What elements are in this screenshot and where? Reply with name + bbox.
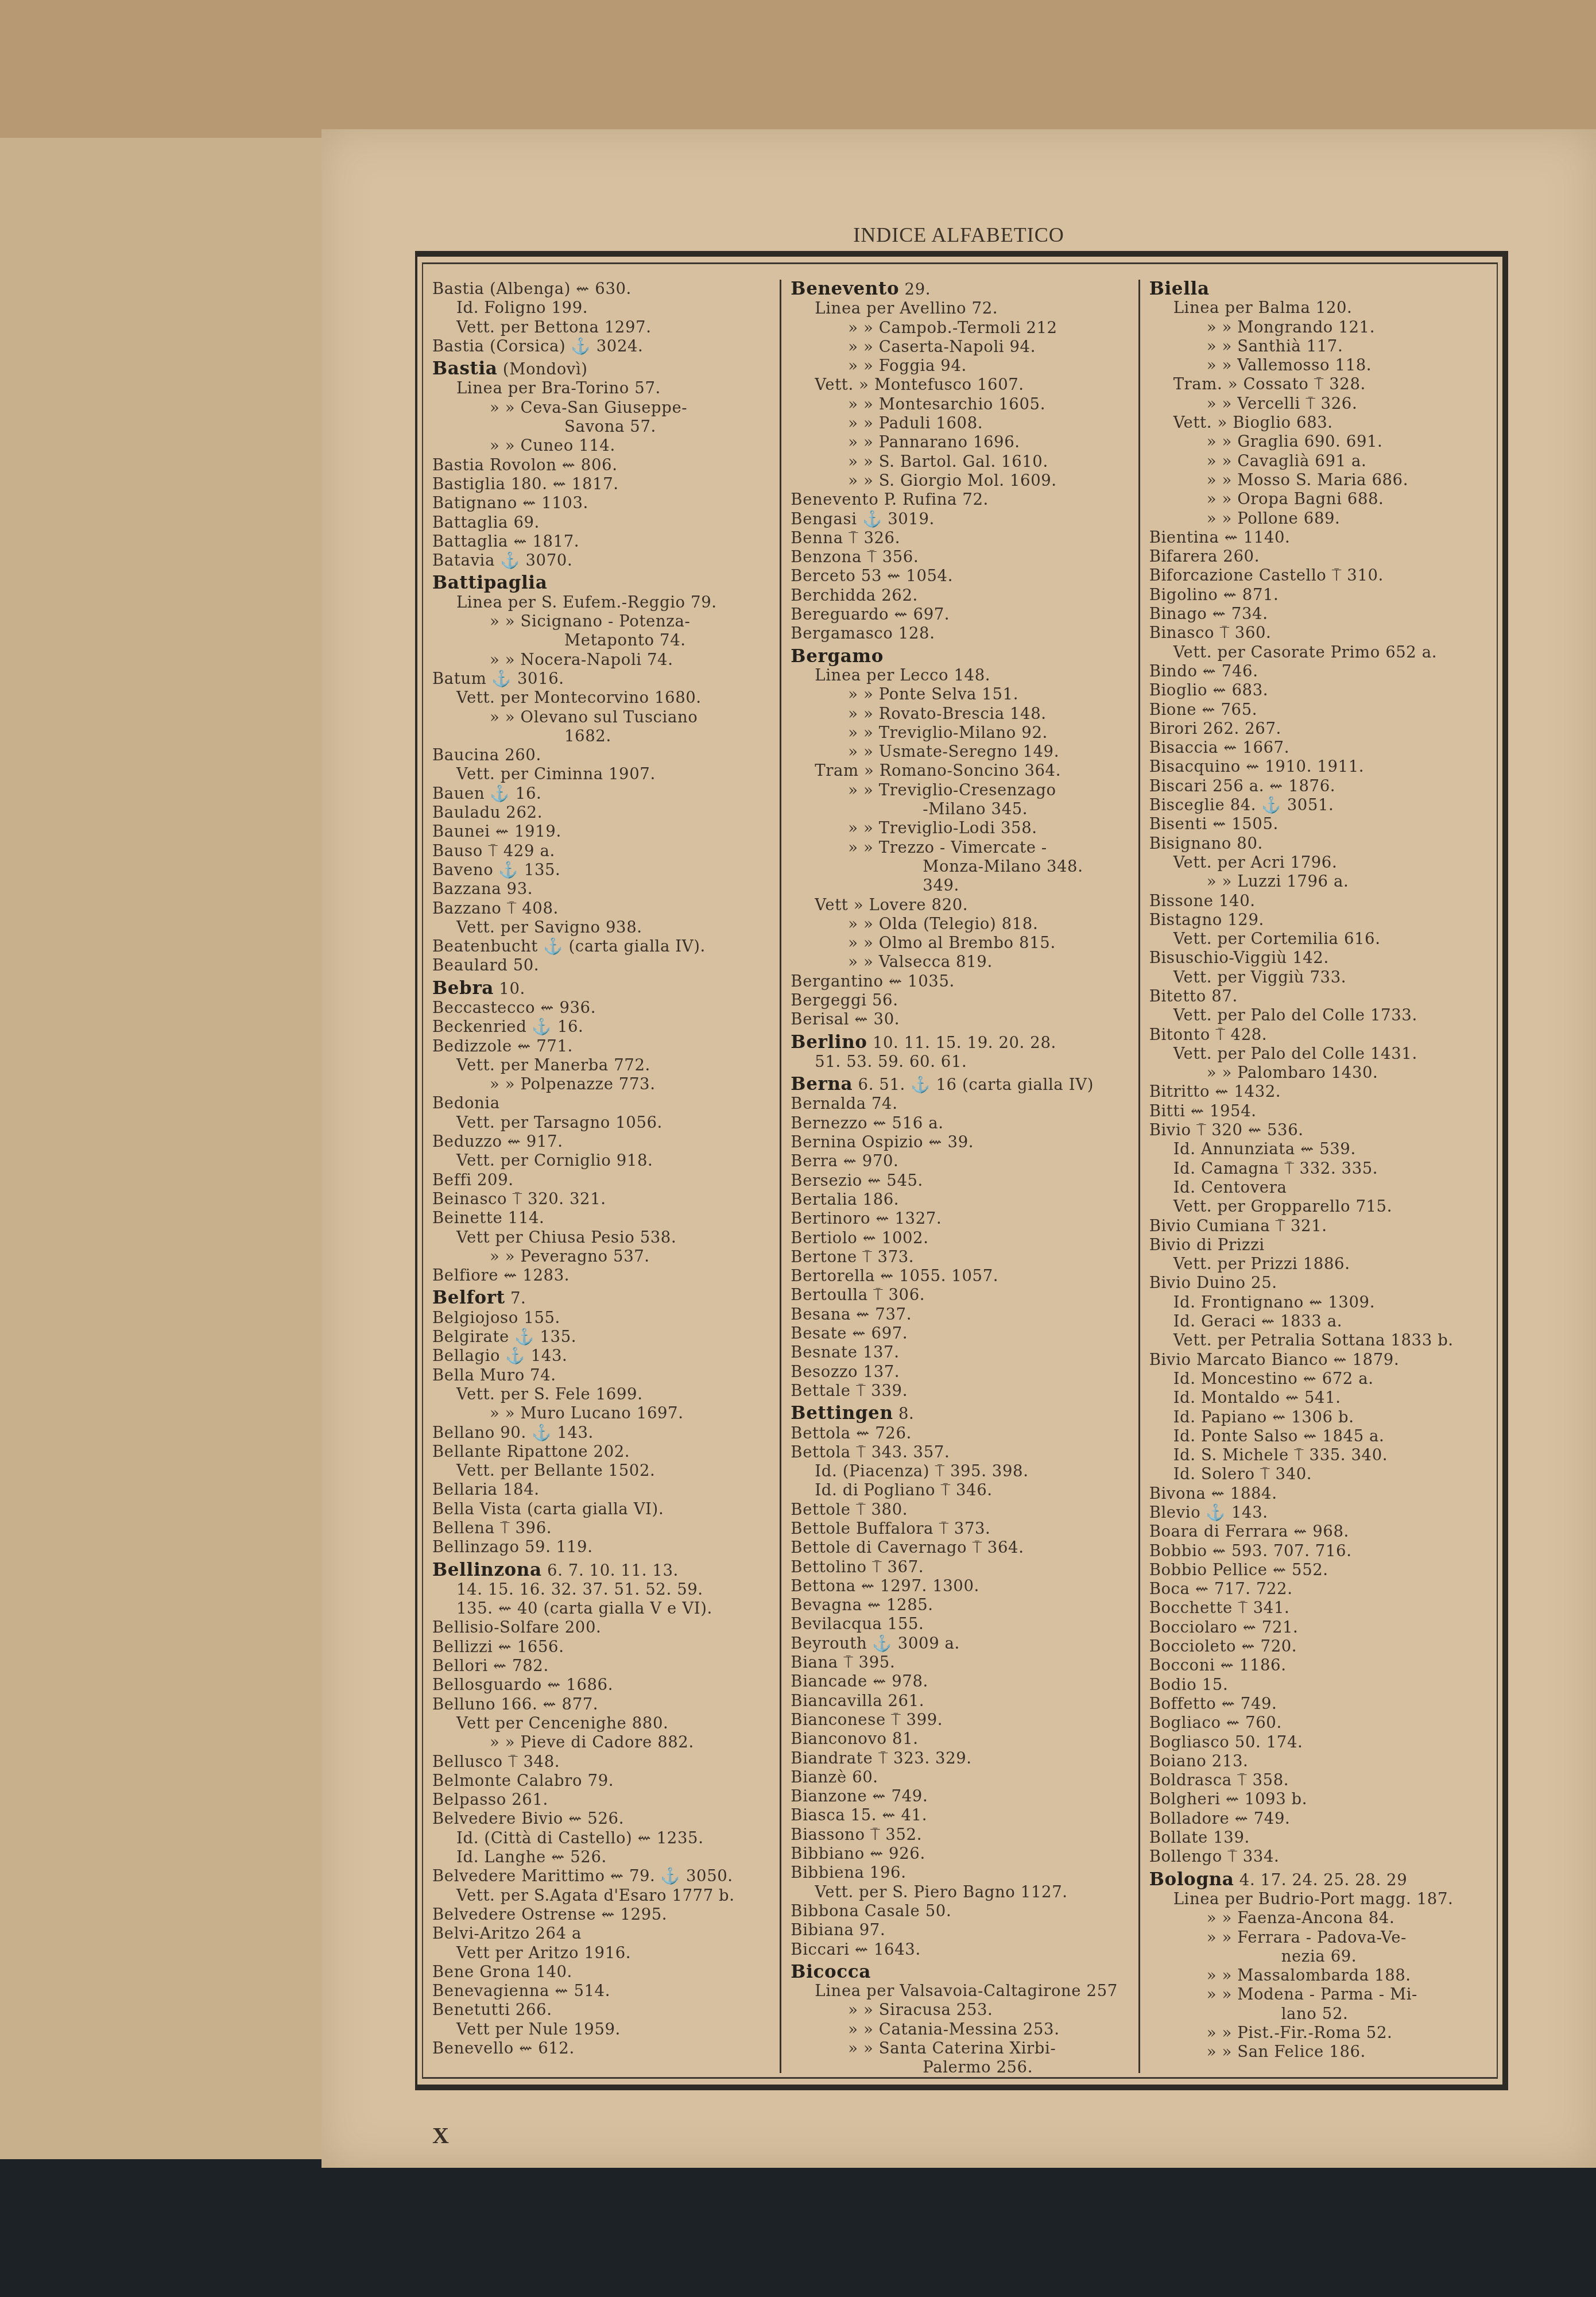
index-entry: Boccioleto ⇜ 720.: [1149, 1637, 1489, 1656]
index-entry: » » Treviglio-Cresenzago: [791, 781, 1130, 800]
index-entry: Bella Muro 74.: [432, 1366, 772, 1385]
entry-text: Bodio 15.: [1149, 1676, 1229, 1694]
index-entry: Bettola ⍑ 343. 357.: [791, 1443, 1130, 1462]
index-entry: Bitritto ⇜ 1432.: [1149, 1082, 1489, 1101]
entry-text: » » Sicignano - Potenza-: [490, 612, 690, 631]
index-entry: Linea per Bra-Torino 57.: [432, 379, 772, 398]
entry-text: » » Pieve di Cadore 882.: [490, 1733, 694, 1751]
entry-text: Belfiore ⇜ 1283.: [432, 1266, 570, 1285]
entry-text: Vett per Chiusa Pesio 538.: [456, 1228, 676, 1247]
index-entry: Vett. per Corniglio 918.: [432, 1151, 772, 1170]
entry-text: Bernalda 74.: [791, 1095, 897, 1113]
index-entry: Bellori ⇜ 782.: [432, 1657, 772, 1676]
entry-text: 349.: [923, 876, 959, 895]
entry-text: Vett. per Savigno 938.: [456, 918, 642, 937]
entry-text: Bebra: [432, 978, 494, 999]
index-entry: 349.: [791, 876, 1130, 895]
entry-text: Beckenried ⚓ 16.: [432, 1018, 583, 1036]
index-entry: Beduzzo ⇜ 917.: [432, 1132, 772, 1151]
index-page: INDICE ALFABETICO Bastia (Albenga) ⇜ 630…: [321, 129, 1596, 2168]
entry-text: Binago ⇜ 734.: [1149, 605, 1268, 623]
index-entry: » » Trezzo - Vimercate -: [791, 838, 1130, 857]
index-entry: Blevio ⚓ 143.: [1149, 1503, 1489, 1522]
index-entry: Bitetto 87.: [1149, 987, 1489, 1006]
entry-pages: 8.: [893, 1405, 915, 1423]
index-entry: Bitonto ⍑ 428.: [1149, 1026, 1489, 1045]
index-entry: Id. S. Michele ⍑ 335. 340.: [1149, 1446, 1489, 1465]
index-entry: » » S. Bartol. Gal. 1610.: [791, 453, 1130, 471]
entry-text: Blevio ⚓ 143.: [1149, 1503, 1268, 1522]
index-entry: Binago ⇜ 734.: [1149, 605, 1489, 624]
index-heading: Berlino 10. 11. 15. 19. 20. 28.: [791, 1033, 1130, 1053]
entry-text: Bocchette ⍑ 341.: [1149, 1599, 1290, 1617]
index-entry: Vett » Lovere 820.: [791, 896, 1130, 915]
index-entry: » » Ceva-San Giuseppe-: [432, 399, 772, 417]
index-entry: Bivio ⍑ 320 ⇜ 536.: [1149, 1121, 1489, 1140]
index-entry: » » Polpenazze 773.: [432, 1075, 772, 1094]
entry-text: Bellinzona: [432, 1560, 542, 1580]
index-entry: » » Caserta-Napoli 94.: [791, 338, 1130, 357]
entry-text: Boiano 213.: [1149, 1752, 1249, 1770]
entry-text: Batum ⚓ 3016.: [432, 670, 564, 688]
index-entry: Beinette 114.: [432, 1209, 772, 1228]
entry-text: Bettola ⍑ 343. 357.: [791, 1443, 950, 1461]
index-entry: Linea per Budrio-Port magg. 187.: [1149, 1890, 1489, 1909]
entry-text: Id. Frontignano ⇜ 1309.: [1173, 1293, 1375, 1312]
entry-text: Vett. per Cortemilia 616.: [1173, 930, 1381, 948]
entry-text: Belvi-Aritzo 264 a: [432, 1924, 582, 1943]
index-entry: Bengasi ⚓ 3019.: [791, 510, 1130, 529]
index-entry: Baucina 260.: [432, 746, 772, 765]
entry-text: Bellagio ⚓ 143.: [432, 1347, 567, 1365]
index-entry: Baveno ⚓ 135.: [432, 861, 772, 880]
entry-text: Bettole Buffalora ⍑ 373.: [791, 1519, 990, 1538]
index-entry: Berra ⇜ 970.: [791, 1152, 1130, 1171]
entry-text: Bellosguardo ⇜ 1686.: [432, 1676, 613, 1694]
index-entry: Id. Ponte Salso ⇜ 1845 a.: [1149, 1427, 1489, 1446]
entry-text: Battipaglia: [432, 573, 547, 593]
entry-text: Beccastecco ⇜ 936.: [432, 999, 596, 1017]
entry-text: Belgirate ⚓ 135.: [432, 1328, 576, 1346]
index-entry: Biforcazione Castello ⍑ 310.: [1149, 566, 1489, 585]
entry-text: Vett. per Corniglio 918.: [456, 1151, 653, 1170]
page-number: X: [432, 2122, 449, 2149]
entry-text: Id. Moncestino ⇜ 672 a.: [1173, 1370, 1374, 1388]
index-frame: Bastia (Albenga) ⇜ 630.Id. Foligno 199.V…: [415, 251, 1508, 2090]
entry-text: Bella Muro 74.: [432, 1366, 556, 1385]
index-entry: Vett. per Ciminna 1907.: [432, 765, 772, 784]
index-entry: 1682.: [432, 727, 772, 746]
entry-text: Baveno ⚓ 135.: [432, 861, 560, 879]
index-entry: » » Vallemosso 118.: [1149, 356, 1489, 375]
entry-text: Bisuschio-Viggiù 142.: [1149, 949, 1329, 967]
entry-text: Bertorella ⇜ 1055. 1057.: [791, 1267, 998, 1285]
index-entry: Bigolino ⇜ 871.: [1149, 586, 1489, 605]
index-entry: Belvedere Marittimo ⇜ 79. ⚓ 3050.: [432, 1867, 772, 1886]
entry-text: » » Rovato-Brescia 148.: [848, 705, 1046, 723]
entry-text: Bibbiena 196.: [791, 1863, 906, 1882]
index-entry: Palermo 256.: [791, 2058, 1130, 2077]
entry-text: » » S. Giorgio Mol. 1609.: [848, 471, 1056, 490]
index-entry: » » Olmo al Brembo 815.: [791, 934, 1130, 953]
index-entry: Beinasco ⍑ 320. 321.: [432, 1190, 772, 1209]
entry-text: » » Foggia 94.: [848, 357, 967, 375]
entry-text: Vett per Aritzo 1916.: [456, 1944, 631, 1962]
index-entry: Bogliasco 50. 174.: [1149, 1733, 1489, 1752]
index-entry: » » San Felice 186.: [1149, 2043, 1489, 2062]
entry-text: Vett. per S. Piero Bagno 1127.: [815, 1883, 1067, 1901]
index-entry: Beffi 209.: [432, 1171, 772, 1190]
index-entry: Besozzo 137.: [791, 1363, 1130, 1382]
index-heading: Bastia (Mondovì): [432, 359, 772, 379]
entry-text: 14. 15. 16. 32. 37. 51. 52. 59.: [456, 1580, 703, 1599]
entry-text: Beinette 114.: [432, 1209, 544, 1227]
index-entry: » » Vercelli ⍑ 326.: [1149, 395, 1489, 413]
scan-background-top: [0, 0, 1596, 138]
entry-text: Bauen ⚓ 16.: [432, 784, 541, 803]
index-entry: Id. (Piacenza) ⍑ 395. 398.: [791, 1462, 1130, 1481]
entry-text: Bogliaco ⇜ 760.: [1149, 1714, 1282, 1732]
index-entry: Bettolino ⍑ 367.: [791, 1558, 1130, 1577]
entry-text: Bifarera 260.: [1149, 547, 1260, 566]
entry-text: » » Cavaglià 691 a.: [1207, 452, 1367, 470]
entry-text: Batavia ⚓ 3070.: [432, 551, 572, 570]
index-entry: Beckenried ⚓ 16.: [432, 1018, 772, 1037]
index-entry: Vett. per Montecorvino 1680.: [432, 689, 772, 707]
entry-text: Vett. per Gropparello 715.: [1173, 1197, 1392, 1216]
index-entry: Metaponto 74.: [432, 631, 772, 650]
index-entry: Vett. per Casorate Primo 652 a.: [1149, 643, 1489, 662]
index-entry: » » Paduli 1608.: [791, 414, 1130, 433]
index-entry: Berchidda 262.: [791, 586, 1130, 605]
index-entry: » » Graglia 690. 691.: [1149, 432, 1489, 451]
entry-text: Bivio Marcato Bianco ⇜ 1879.: [1149, 1351, 1400, 1369]
index-entry: Biasca 15. ⇜ 41.: [791, 1806, 1130, 1825]
index-entry: » » Pieve di Cadore 882.: [432, 1733, 772, 1752]
index-entry: Linea per Valsavoia-Caltagirone 257: [791, 1982, 1130, 2001]
entry-text: Biella: [1149, 279, 1210, 299]
index-entry: Bertone ⍑ 373.: [791, 1248, 1130, 1267]
index-entry: Bellisio-Solfare 200.: [432, 1618, 772, 1637]
entry-text: Id. (Città di Castello) ⇜ 1235.: [456, 1829, 704, 1847]
entry-text: » » Vercelli ⍑ 326.: [1207, 395, 1358, 413]
entry-text: » » S. Bartol. Gal. 1610.: [848, 453, 1048, 471]
index-entry: Id. Geraci ⇜ 1833 a.: [1149, 1312, 1489, 1331]
entry-text: Berchidda 262.: [791, 586, 918, 605]
index-entry: Belgiojoso 155.: [432, 1309, 772, 1328]
entry-text: 51. 53. 59. 60. 61.: [815, 1053, 967, 1071]
index-entry: Bocchette ⍑ 341.: [1149, 1599, 1489, 1618]
entry-text: Battaglia 69.: [432, 513, 540, 532]
index-entry: » » Massalombarda 188.: [1149, 1966, 1489, 1985]
index-heading: Bebra 10.: [432, 979, 772, 999]
index-entry: » » Peveragno 537.: [432, 1247, 772, 1266]
index-entry: Id. Papiano ⇜ 1306 b.: [1149, 1408, 1489, 1427]
entry-text: » » San Felice 186.: [1207, 2043, 1366, 2061]
index-entry: Biandrate ⍑ 323. 329.: [791, 1749, 1130, 1768]
entry-text: Bellena ⍑ 396.: [432, 1519, 552, 1537]
index-entry: Belvi-Aritzo 264 a: [432, 1924, 772, 1943]
entry-text: Beffi 209.: [432, 1171, 514, 1189]
entry-text: Bergamo: [791, 646, 884, 667]
index-entry: Boca ⇜ 717. 722.: [1149, 1580, 1489, 1599]
entry-text: Bivio Duino 25.: [1149, 1274, 1277, 1292]
index-entry: Bettola ⇜ 726.: [791, 1424, 1130, 1443]
entry-text: Bitti ⇜ 1954.: [1149, 1102, 1257, 1120]
entry-text: Bellisio-Solfare 200.: [432, 1618, 601, 1637]
entry-text: Bellinzago 59. 119.: [432, 1538, 592, 1556]
index-heading: Bergamo: [791, 647, 1130, 666]
entry-text: Bereguardo ⇜ 697.: [791, 605, 950, 624]
entry-text: Bettale ⍑ 339.: [791, 1382, 908, 1400]
entry-text: Bergantino ⇜ 1035.: [791, 972, 955, 991]
entry-text: Bergamasco 128.: [791, 624, 935, 643]
entry-text: Benna ⍑ 326.: [791, 529, 900, 547]
page-title: INDICE ALFABETICO: [321, 223, 1596, 247]
entry-text: » » Massalombarda 188.: [1207, 1966, 1411, 1985]
index-entry: Bibiana 97.: [791, 1921, 1130, 1940]
entry-text: Bologna: [1149, 1869, 1234, 1890]
index-entry: Bissone 140.: [1149, 892, 1489, 911]
index-entry: Bevagna ⇜ 1285.: [791, 1596, 1130, 1615]
index-entry: Monza-Milano 348.: [791, 857, 1130, 876]
entry-text: Bisenti ⇜ 1505.: [1149, 815, 1279, 833]
entry-text: Binasco ⍑ 360.: [1149, 624, 1272, 642]
entry-text: » » Oropa Bagni 688.: [1207, 490, 1384, 508]
entry-text: Id. Solero ⍑ 340.: [1173, 1465, 1312, 1483]
entry-text: Bibbiano ⇜ 926.: [791, 1844, 925, 1863]
entry-text: Bertoulla ⍑ 306.: [791, 1286, 925, 1304]
index-entry: Beaulard 50.: [432, 956, 772, 975]
entry-text: Bastiglia 180. ⇜ 1817.: [432, 475, 619, 493]
entry-text: Linea per Avellino 72.: [815, 299, 998, 318]
entry-text: Bevilacqua 155.: [791, 1615, 924, 1633]
index-entry: » » Ponte Selva 151.: [791, 685, 1130, 704]
entry-text: Id. Camagna ⍑ 332. 335.: [1173, 1159, 1378, 1178]
index-entry: » » Foggia 94.: [791, 357, 1130, 376]
index-entry: Bellusco ⍑ 348.: [432, 1753, 772, 1772]
index-entry: Bazzano ⍑ 408.: [432, 899, 772, 918]
index-entry: Boara di Ferrara ⇜ 968.: [1149, 1522, 1489, 1541]
index-column-2: Benevento 29.Linea per Avellino 72.» » C…: [780, 280, 1138, 2073]
entry-text: Palermo 256.: [923, 2058, 1033, 2076]
index-entry: Bellosguardo ⇜ 1686.: [432, 1676, 772, 1695]
index-entry: Vett. per Palo del Colle 1431.: [1149, 1045, 1489, 1064]
entry-text: Savona 57.: [564, 417, 656, 436]
entry-text: » » Campob.-Termoli 212: [848, 319, 1057, 337]
entry-text: Bivio di Prizzi: [1149, 1236, 1265, 1254]
entry-text: Biasca 15. ⇜ 41.: [791, 1806, 927, 1824]
index-entry: » » Cuneo 114.: [432, 436, 772, 455]
index-entry: Belmonte Calabro 79.: [432, 1772, 772, 1791]
entry-text: Bientina ⇜ 1140.: [1149, 528, 1291, 547]
entry-text: Bazzana 93.: [432, 880, 533, 898]
entry-text: » » Olmo al Brembo 815.: [848, 934, 1055, 952]
index-entry: Benevello ⇜ 612.: [432, 2039, 772, 2058]
entry-text: Bevagna ⇜ 1285.: [791, 1596, 933, 1614]
entry-text: Bastia (Albenga) ⇜ 630.: [432, 280, 632, 298]
index-entry: Bianzone ⇜ 749.: [791, 1787, 1130, 1806]
index-entry: Bisignano 80.: [1149, 834, 1489, 853]
entry-text: » » Pist.-Fir.-Roma 52.: [1207, 2024, 1393, 2042]
entry-text: Benevento: [791, 279, 899, 299]
index-entry: Bevilacqua 155.: [791, 1615, 1130, 1634]
entry-text: Beaulard 50.: [432, 956, 539, 975]
entry-text: Vett » Lovere 820.: [815, 896, 968, 914]
entry-text: Bellusco ⍑ 348.: [432, 1753, 560, 1771]
index-entry: » » Pollone 689.: [1149, 509, 1489, 528]
index-entry: Bettole ⍑ 380.: [791, 1501, 1130, 1519]
index-entry: Benevagienna ⇜ 514.: [432, 1982, 772, 2001]
index-entry: » » Ferrara - Padova-Ve-: [1149, 1928, 1489, 1947]
entry-text: Id. di Pogliano ⍑ 346.: [815, 1481, 992, 1499]
index-entry: Id. Foligno 199.: [432, 299, 772, 318]
index-entry: » » Santa Caterina Xirbi-: [791, 2039, 1130, 2058]
entry-text: Biassono ⍑ 352.: [791, 1826, 922, 1844]
entry-text: Bianzone ⇜ 749.: [791, 1787, 928, 1805]
index-entry: Bertoulla ⍑ 306.: [791, 1286, 1130, 1305]
entry-text: Bitonto ⍑ 428.: [1149, 1026, 1268, 1044]
index-entry: Bifarera 260.: [1149, 547, 1489, 566]
index-entry: Bene Grona 140.: [432, 1963, 772, 1982]
index-entry: » » Faenza-Ancona 84.: [1149, 1909, 1489, 1928]
index-column-1: Bastia (Albenga) ⇜ 630.Id. Foligno 199.V…: [430, 280, 780, 2073]
index-entry: » » Valsecca 819.: [791, 953, 1130, 972]
index-entry: Vett. per Viggiù 733.: [1149, 968, 1489, 987]
index-entry: Bauso ⍑ 429 a.: [432, 842, 772, 861]
entry-text: Benevello ⇜ 612.: [432, 2039, 575, 2058]
index-entry: Bellinzago 59. 119.: [432, 1538, 772, 1557]
index-heading: Benevento 29.: [791, 280, 1130, 299]
index-entry: » » Montesarchio 1605.: [791, 395, 1130, 414]
entry-text: Bergeggi 56.: [791, 991, 898, 1010]
entry-text: Biana ⍑ 395.: [791, 1653, 895, 1672]
entry-text: Birori 262. 267.: [1149, 720, 1281, 738]
index-entry: Bergantino ⇜ 1035.: [791, 972, 1130, 991]
index-entry: » » Pist.-Fir.-Roma 52.: [1149, 2024, 1489, 2043]
entry-text: Bobbio Pellice ⇜ 552.: [1149, 1561, 1328, 1579]
entry-text: Tram. » Cossato ⍑ 328.: [1173, 375, 1366, 393]
index-entry: Biassono ⍑ 352.: [791, 1826, 1130, 1844]
index-entry: Bastiglia 180. ⇜ 1817.: [432, 475, 772, 494]
index-entry: Vett. per Savigno 938.: [432, 918, 772, 937]
index-entry: » » Rovato-Brescia 148.: [791, 705, 1130, 724]
entry-text: Linea per Lecco 148.: [815, 666, 990, 685]
entry-pages: 4. 17. 24. 25. 28. 29: [1234, 1871, 1408, 1889]
index-entry: lano 52.: [1149, 2005, 1489, 2024]
index-entry: Biccari ⇜ 1643.: [791, 1940, 1130, 1959]
entry-text: Berlino: [791, 1032, 867, 1053]
entry-text: Bitritto ⇜ 1432.: [1149, 1082, 1281, 1101]
index-entry: Bettole Buffalora ⍑ 373.: [791, 1519, 1130, 1538]
entry-text: » » Paduli 1608.: [848, 414, 983, 432]
index-entry: Id. Camagna ⍑ 332. 335.: [1149, 1159, 1489, 1178]
entry-text: Bolladore ⇜ 749.: [1149, 1809, 1291, 1828]
index-entry: » » Muro Lucano 1697.: [432, 1404, 772, 1423]
index-heading: Biella: [1149, 280, 1489, 299]
index-entry: Vett. per Tarsagno 1056.: [432, 1113, 772, 1132]
entry-text: Bellante Ripattone 202.: [432, 1443, 630, 1461]
entry-text: Berna: [791, 1074, 853, 1095]
index-entry: Besana ⇜ 737.: [791, 1305, 1130, 1324]
index-entry: Bobbio ⇜ 593. 707. 716.: [1149, 1542, 1489, 1561]
index-entry: Vett. per Prizzi 1886.: [1149, 1255, 1489, 1274]
entry-text: Bertone ⍑ 373.: [791, 1248, 914, 1266]
entry-text: Bianconovo 81.: [791, 1730, 918, 1748]
entry-text: Linea per Valsavoia-Caltagirone 257: [815, 1982, 1118, 2000]
entry-pages: 10.: [494, 980, 525, 998]
entry-text: Bianzè 60.: [791, 1768, 878, 1786]
entry-text: Bastia: [432, 358, 498, 379]
index-entry: Bellaria 184.: [432, 1480, 772, 1499]
entry-text: Bellano 90. ⚓ 143.: [432, 1424, 594, 1442]
entry-text: » » Muro Lucano 1697.: [490, 1404, 684, 1422]
index-entry: Tram. » Cossato ⍑ 328.: [1149, 375, 1489, 394]
index-entry: Bivio Cumiana ⍑ 321.: [1149, 1217, 1489, 1236]
entry-text: Linea per Budrio-Port magg. 187.: [1173, 1890, 1454, 1908]
index-entry: Linea per Lecco 148.: [791, 666, 1130, 685]
index-entry: Id. Centovera: [1149, 1178, 1489, 1197]
index-entry: Besate ⇜ 697.: [791, 1324, 1130, 1343]
index-entry: Linea per Avellino 72.: [791, 299, 1130, 318]
entry-text: Bioglio ⇜ 683.: [1149, 681, 1268, 699]
index-entry: Bella Vista (carta gialla VI).: [432, 1500, 772, 1519]
index-entry: Baunei ⇜ 1919.: [432, 822, 772, 841]
index-heading: Bicocca: [791, 1963, 1130, 1982]
entry-text: Linea per Balma 120.: [1173, 299, 1353, 317]
entry-text: » » Vallemosso 118.: [1207, 356, 1372, 374]
index-entry: » » Mongrando 121.: [1149, 318, 1489, 337]
entry-text: Beatenbucht ⚓ (carta gialla IV).: [432, 937, 706, 956]
index-entry: Bisenti ⇜ 1505.: [1149, 815, 1489, 834]
index-entry: Bibbona Casale 50.: [791, 1902, 1130, 1921]
entry-text: » » Treviglio-Lodi 358.: [848, 819, 1037, 837]
index-entry: » » Palombaro 1430.: [1149, 1064, 1489, 1082]
index-entry: Bettona ⇜ 1297. 1300.: [791, 1577, 1130, 1596]
index-entry: Battaglia 69.: [432, 513, 772, 532]
index-entry: Biscari 256 a. ⇜ 1876.: [1149, 777, 1489, 796]
index-entry: Vett. per Manerba 772.: [432, 1056, 772, 1075]
entry-text: Vett. per S. Fele 1699.: [456, 1385, 643, 1403]
index-entry: Beyrouth ⚓ 3009 a.: [791, 1634, 1130, 1653]
index-entry: Biana ⍑ 395.: [791, 1653, 1130, 1672]
entry-text: Id. Langhe ⇜ 526.: [456, 1848, 607, 1866]
entry-text: Vett. per Viggiù 733.: [1173, 968, 1346, 987]
index-entry: Vett per Aritzo 1916.: [432, 1944, 772, 1963]
entry-text: Linea per S. Eufem.-Reggio 79.: [456, 593, 717, 612]
index-entry: Boiano 213.: [1149, 1752, 1489, 1771]
entry-text: » » Treviglio-Cresenzago: [848, 781, 1056, 799]
index-entry: » » Olda (Telegio) 818.: [791, 915, 1130, 934]
entry-text: » » Montesarchio 1605.: [848, 395, 1045, 413]
index-entry: Vett. per Palo del Colle 1733.: [1149, 1006, 1489, 1025]
index-entry: Bertorella ⇜ 1055. 1057.: [791, 1267, 1130, 1286]
entry-text: » » Catania-Messina 253.: [848, 2020, 1059, 2039]
entry-text: Vett. per Bettona 1297.: [456, 318, 651, 337]
index-entry: Linea per Balma 120.: [1149, 299, 1489, 318]
entry-text: Id. Foligno 199.: [456, 299, 588, 317]
index-entry: Bedonia: [432, 1094, 772, 1113]
entry-text: Boffetto ⇜ 749.: [1149, 1695, 1277, 1713]
index-entry: Beatenbucht ⚓ (carta gialla IV).: [432, 937, 772, 956]
entry-text: » » Olda (Telegio) 818.: [848, 915, 1038, 933]
entry-text: Id. Papiano ⇜ 1306 b.: [1173, 1408, 1354, 1426]
entry-text: Id. Ponte Salso ⇜ 1845 a.: [1173, 1427, 1385, 1445]
entry-text: Bisaccia ⇜ 1667.: [1149, 738, 1289, 757]
entry-text: Benetutti 266.: [432, 2001, 552, 2019]
index-columns: Bastia (Albenga) ⇜ 630.Id. Foligno 199.V…: [430, 280, 1497, 2073]
index-entry: » » Treviglio-Milano 92.: [791, 724, 1130, 743]
